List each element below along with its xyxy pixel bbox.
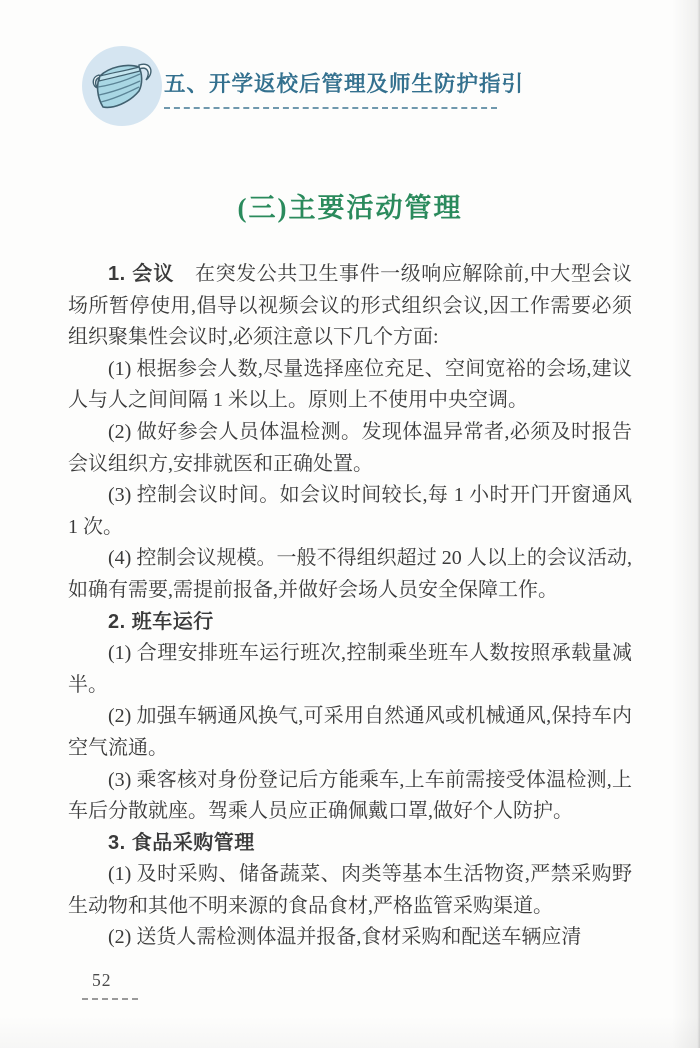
sub-heading: 3. 食品采购管理	[68, 828, 632, 860]
paragraph: 1. 会议 在突发公共卫生事件一级响应解除前,中大型会议场所暂停使用,倡导以视频…	[68, 259, 632, 354]
paragraph-lead: 3. 食品采购管理	[108, 832, 255, 854]
page-number: 52	[82, 970, 138, 991]
paragraph: (1) 及时采购、储备蔬菜、肉类等基本生活物资,严禁采购野生动物和其他不明来源的…	[68, 859, 632, 922]
paragraph: (2) 加强车辆通风换气,可采用自然通风或机械通风,保持车内空气流通。	[68, 701, 632, 764]
chapter-title-block: 五、开学返校后管理及师生防护指引	[164, 63, 524, 109]
paragraph: (2) 送货人需检测体温并报备,食材采购和配送车辆应清	[68, 922, 632, 954]
paragraph-lead: 2. 班车运行	[108, 611, 214, 633]
chapter-dashed-underline	[164, 107, 497, 109]
sub-heading: 2. 班车运行	[68, 607, 632, 639]
body-paragraphs: 1. 会议 在突发公共卫生事件一级响应解除前,中大型会议场所暂停使用,倡导以视频…	[68, 259, 632, 954]
document-page: 五、开学返校后管理及师生防护指引 (三)主要活动管理 1. 会议 在突发公共卫生…	[0, 0, 700, 1048]
section-title: (三)主要活动管理	[68, 186, 632, 225]
chapter-header: 五、开学返校后管理及师生防护指引	[82, 46, 632, 126]
paragraph: (2) 做好参会人员体温检测。发现体温异常者,必须及时报告会议组织方,安排就医和…	[68, 417, 632, 480]
paragraph: (3) 乘客核对身份登记后方能乘车,上车前需接受体温检测,上车后分散就座。驾乘人…	[68, 765, 632, 828]
page-footer: 52	[82, 970, 138, 1000]
footer-dashed-rule	[82, 998, 138, 1000]
paragraph: (1) 根据参会人数,尽量选择座位充足、空间宽裕的会场,建议人与人之间间隔 1 …	[68, 354, 632, 417]
face-mask-icon	[82, 46, 162, 126]
paragraph: (4) 控制会议规模。一般不得组织超过 20 人以上的会议活动,如确有需要,需提…	[68, 543, 632, 606]
chapter-title: 五、开学返校后管理及师生防护指引	[164, 67, 524, 98]
paragraph: (3) 控制会议时间。如会议时间较长,每 1 小时开门开窗通风 1 次。	[68, 480, 632, 543]
paragraph: (1) 合理安排班车运行班次,控制乘坐班车人数按照承载量减半。	[68, 638, 632, 701]
paragraph-lead: 1. 会议	[108, 263, 174, 285]
